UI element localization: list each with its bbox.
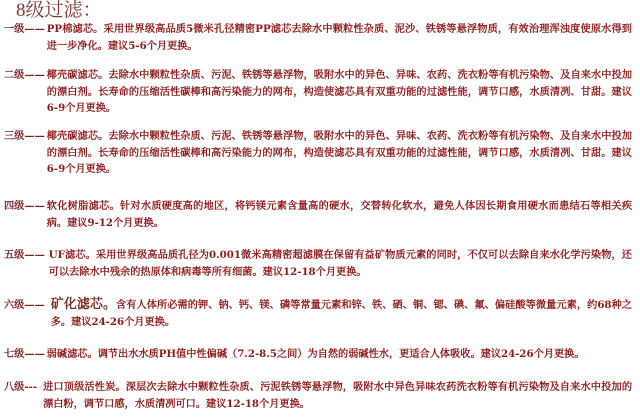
filter-text: 采用世界级高品质孔径为0.001微米高精密超滤膜在保留有益矿物质元素的同时，不仅… [49,249,632,278]
level-dash: —— [24,67,44,84]
filter-name: 软化树脂滤芯。 [47,200,120,212]
filter-level-3: 三级 —— 椰壳碳滤芯。去除水中颗粒性杂质、污泥、铁锈等悬浮物，吸附水中的异色、… [4,128,632,178]
filter-text: 调节出水水质PH值中性偏碱（7.2-8.5之间）为自然的弱碱性水，更适合人体吸收… [98,348,585,360]
filter-level-4: 四级 —— 软化树脂滤芯。针对水质硬度高的地区，将钙镁元素含量高的硬水，交替转化… [4,198,632,231]
filter-text: 去除水中颗粒性杂质、污泥、铁锈等悬浮物，吸附水中的异色、异味、农药、洗衣粉等有机… [47,69,632,114]
level-dash: —— [24,128,44,145]
level-description: PP棉滤芯。采用世界级高品质5微米孔径精密PP滤芯去除水中颗粒性杂质、泥沙、铁锈… [45,21,632,54]
level-dash: --- [24,379,37,396]
filter-name: UF滤芯。 [49,249,96,261]
filter-name: 椰壳碳滤芯。 [47,130,109,142]
filter-name: 弱碱滤芯。 [47,348,98,360]
filter-text: 采用世界级高品质5微米孔径精密PP滤芯去除水中颗粒性杂质、泥沙、铁锈等悬浮物质，… [47,23,632,52]
filter-text: 含有人体所必需的钾、钠、钙、镁、磷等常量元素和锌、铁、硒、铜、锶、碘、氟、偏硅酸… [51,299,632,328]
filter-text: 去除水中颗粒性杂质、污泥、铁锈等悬浮物，吸附水中的异色、异味、农药、洗衣粉等有机… [47,130,632,175]
level-label: 八级 [4,379,24,396]
filter-level-7: 七级 —— 弱碱滤芯。调节出水水质PH值中性偏碱（7.2-8.5之间）为自然的弱… [4,346,632,363]
level-label: 二级 [4,67,24,84]
filter-level-5: 五级 —— UF滤芯。采用世界级高品质孔径为0.001微米高精密超滤膜在保留有益… [4,247,632,280]
level-description: 椰壳碳滤芯。去除水中颗粒性杂质、污泥、铁锈等悬浮物，吸附水中的异色、异味、农药、… [45,128,632,178]
filter-name: 矿化滤芯。 [51,297,116,312]
level-label: 六级 [4,297,24,314]
level-dash: —— [24,297,44,314]
level-dash: —— [24,346,44,363]
level-label: 三级 [4,128,24,145]
level-label: 四级 [4,198,24,215]
filter-level-2: 二级 —— 椰壳碳滤芯。去除水中颗粒性杂质、污泥、铁锈等悬浮物，吸附水中的异色、… [4,67,632,117]
filter-level-1: 一级 —— PP棉滤芯。采用世界级高品质5微米孔径精密PP滤芯去除水中颗粒性杂质… [4,21,632,54]
filter-name: 椰壳碳滤芯。 [47,69,109,81]
level-description: UF滤芯。采用世界级高品质孔径为0.001微米高精密超滤膜在保留有益矿物质元素的… [45,247,632,280]
filter-text: 深层次去除水中颗粒性杂质、污泥铁锈等悬浮物，吸附水中异色异味农药洗衣粉等有机污染… [43,381,632,410]
level-label: 五级 [4,247,24,264]
level-description: 进口顶级活性炭。深层次去除水中颗粒性杂质、污泥铁锈等悬浮物，吸附水中异色异味农药… [37,379,632,412]
filter-level-8: 八级 --- 进口顶级活性炭。深层次去除水中颗粒性杂质、污泥铁锈等悬浮物，吸附水… [4,379,632,412]
filter-name: 进口顶级活性炭。 [43,381,126,393]
level-description: 弱碱滤芯。调节出水水质PH值中性偏碱（7.2-8.5之间）为自然的弱碱性水，更适… [45,346,632,363]
level-description: 椰壳碳滤芯。去除水中颗粒性杂质、污泥、铁锈等悬浮物，吸附水中的异色、异味、农药、… [45,67,632,117]
level-label: 一级 [4,21,24,38]
level-dash: —— [24,21,44,38]
filter-level-6: 六级 —— 矿化滤芯。含有人体所必需的钾、钠、钙、镁、磷等常量元素和锌、铁、硒、… [4,297,632,330]
level-description: 矿化滤芯。含有人体所必需的钾、钠、钙、镁、磷等常量元素和锌、铁、硒、铜、锶、碘、… [45,297,632,330]
level-description: 软化树脂滤芯。针对水质硬度高的地区，将钙镁元素含量高的硬水，交替转化软水，避免人… [45,198,632,231]
level-label: 七级 [4,346,24,363]
level-dash: —— [24,198,44,215]
page-title: 8级过滤： [16,0,102,22]
level-dash: —— [24,247,44,264]
filter-text: 针对水质硬度高的地区，将钙镁元素含量高的硬水，交替转化软水，避免人体因长期食用硬… [47,200,632,229]
filter-name: PP棉滤芯。 [47,23,104,35]
